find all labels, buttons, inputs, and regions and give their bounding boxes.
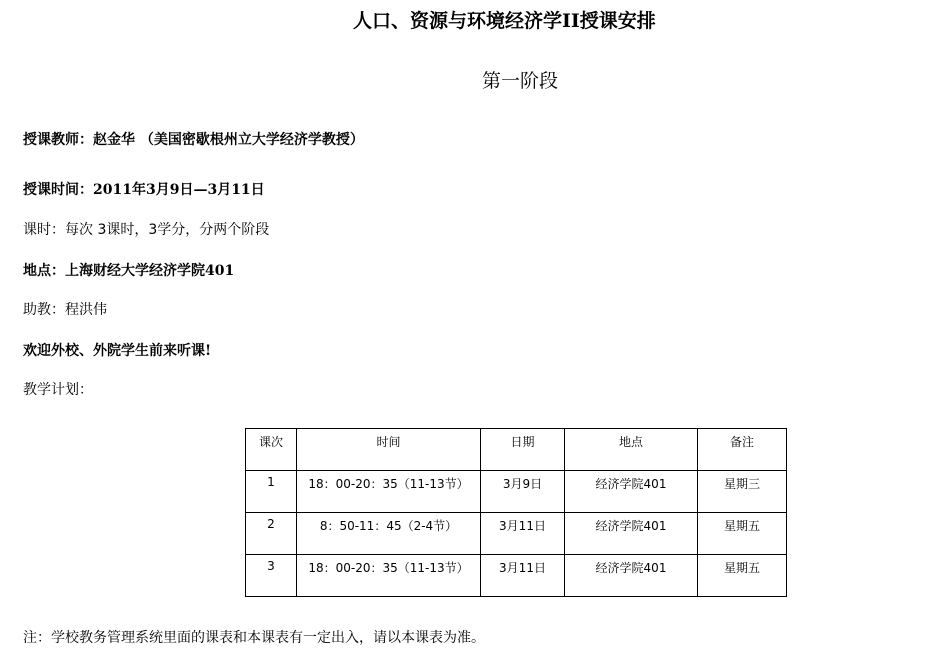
footnote: 注：学校教务管理系统里面的课表和本课表有一定出入，请以本课表为准。 — [23, 627, 485, 647]
table-row: 1 18：00-20：35（11-13节） 3月9日 经济学院401 星期三 — [246, 471, 787, 513]
header-date: 日期 — [481, 429, 565, 471]
header-lesson: 课次 — [246, 429, 297, 471]
location-label: 地点： — [23, 263, 65, 279]
table-row: 3 18：00-20：35（11-13节） 3月11日 经济学院401 星期五 — [246, 555, 787, 597]
page-title: 人口、资源与环境经济学II授课安排 — [353, 6, 656, 33]
schedule-table: 课次 时间 日期 地点 备注 1 18：00-20：35（11-13节） 3月9… — [245, 428, 787, 597]
cell-remark: 星期三 — [698, 471, 787, 513]
hours-line: 课时：每次 3课时，3学分，分两个阶段 — [23, 219, 269, 239]
assistant-value: 程洪伟 — [65, 302, 107, 318]
cell-remark: 星期五 — [698, 513, 787, 555]
teaching-time-value: 2011年3月9日—3月11日 — [93, 182, 265, 198]
hours-label: 课时： — [23, 222, 65, 238]
teaching-time-line: 授课时间：2011年3月9日—3月11日 — [23, 179, 265, 199]
welcome-line: 欢迎外校、外院学生前来听课! — [23, 340, 211, 360]
assistant-label: 助教： — [23, 302, 65, 318]
cell-date: 3月9日 — [481, 471, 565, 513]
header-time: 时间 — [297, 429, 481, 471]
header-location: 地点 — [565, 429, 698, 471]
table-row: 2 8：50-11：45（2-4节） 3月11日 经济学院401 星期五 — [246, 513, 787, 555]
cell-date: 3月11日 — [481, 513, 565, 555]
cell-time: 18：00-20：35（11-13节） — [297, 471, 481, 513]
stage-subtitle: 第一阶段 — [482, 66, 558, 93]
assistant-line: 助教：程洪伟 — [23, 299, 107, 319]
cell-location: 经济学院401 — [565, 513, 698, 555]
cell-remark: 星期五 — [698, 555, 787, 597]
table-header-row: 课次 时间 日期 地点 备注 — [246, 429, 787, 471]
cell-location: 经济学院401 — [565, 471, 698, 513]
location-line: 地点：上海财经大学经济学院401 — [23, 260, 234, 280]
instructor-line: 授课教师：赵金华 （美国密歇根州立大学经济学教授） — [23, 129, 364, 149]
instructor-label: 授课教师： — [23, 132, 93, 148]
header-remark: 备注 — [698, 429, 787, 471]
cell-time: 8：50-11：45（2-4节） — [297, 513, 481, 555]
cell-lesson: 2 — [246, 513, 297, 555]
teaching-time-label: 授课时间： — [23, 182, 93, 198]
cell-lesson: 3 — [246, 555, 297, 597]
cell-date: 3月11日 — [481, 555, 565, 597]
instructor-value: 赵金华 （美国密歇根州立大学经济学教授） — [93, 132, 364, 148]
plan-label: 教学计划： — [23, 379, 93, 399]
cell-time: 18：00-20：35（11-13节） — [297, 555, 481, 597]
hours-value: 每次 3课时，3学分，分两个阶段 — [65, 222, 269, 238]
cell-lesson: 1 — [246, 471, 297, 513]
cell-location: 经济学院401 — [565, 555, 698, 597]
location-value: 上海财经大学经济学院401 — [65, 263, 234, 279]
